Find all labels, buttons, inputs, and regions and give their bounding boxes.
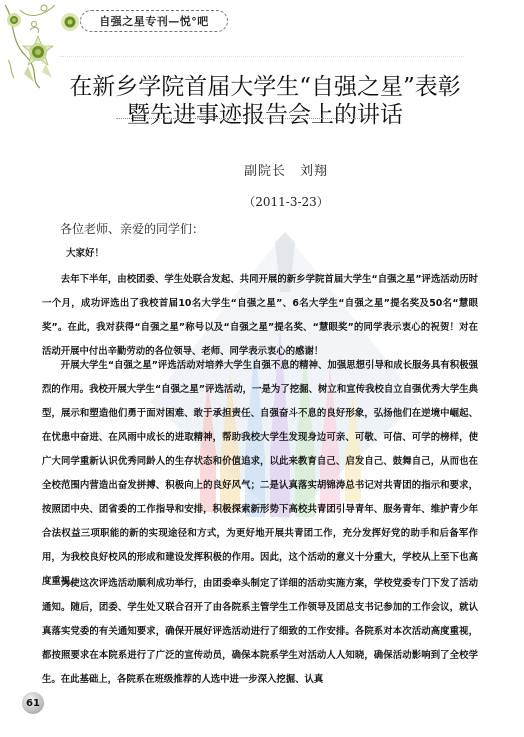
header-divider (60, 56, 464, 57)
section-header-label: 自强之星专刊—悦°吧 (99, 13, 209, 29)
article-body-block-3: 为使这次评选活动顺利成功举行，由团委牵头制定了详细的活动实施方案，学校党委专门下… (42, 572, 478, 698)
paragraph-1: 去年下半年，由校团委、学生处联合发起、共同开展的新乡学院首届大学生“自强之星”评… (42, 268, 478, 364)
title-line-1: 在新乡学院首届大学生“自强之星”表彰 (30, 73, 500, 101)
page-number-badge: 61 (22, 692, 44, 714)
article-title: 在新乡学院首届大学生“自强之星”表彰 暨先进事迹报告会上的讲话 (30, 73, 500, 129)
article-body-block-2: 开展大学生“自强之星”评选活动对培养大学生自强不息的精神、加强思想引导和成长服务… (42, 354, 478, 600)
paragraph-3: 为使这次评选活动顺利成功举行，由团委牵头制定了详细的活动实施方案，学校党委专门下… (42, 572, 478, 692)
title-underline (116, 118, 376, 119)
author-byline: 副院长 刘翔 (0, 160, 524, 179)
greeting: 大家好！ (66, 245, 104, 259)
magazine-page: 自强之星专刊—悦°吧 在新乡学院首届大学生“自强之星”表彰 暨先进事迹报告会上的… (0, 0, 524, 737)
speech-date: （2011-3-23） (0, 193, 524, 210)
title-line-2: 暨先进事迹报告会上的讲话 (30, 101, 500, 129)
page-number: 61 (26, 698, 40, 709)
section-header-tag: 自强之星专刊—悦°吧 (80, 10, 228, 32)
paragraph-2: 开展大学生“自强之星”评选活动对培养大学生自强不息的精神、加强思想引导和成长服务… (42, 354, 478, 594)
